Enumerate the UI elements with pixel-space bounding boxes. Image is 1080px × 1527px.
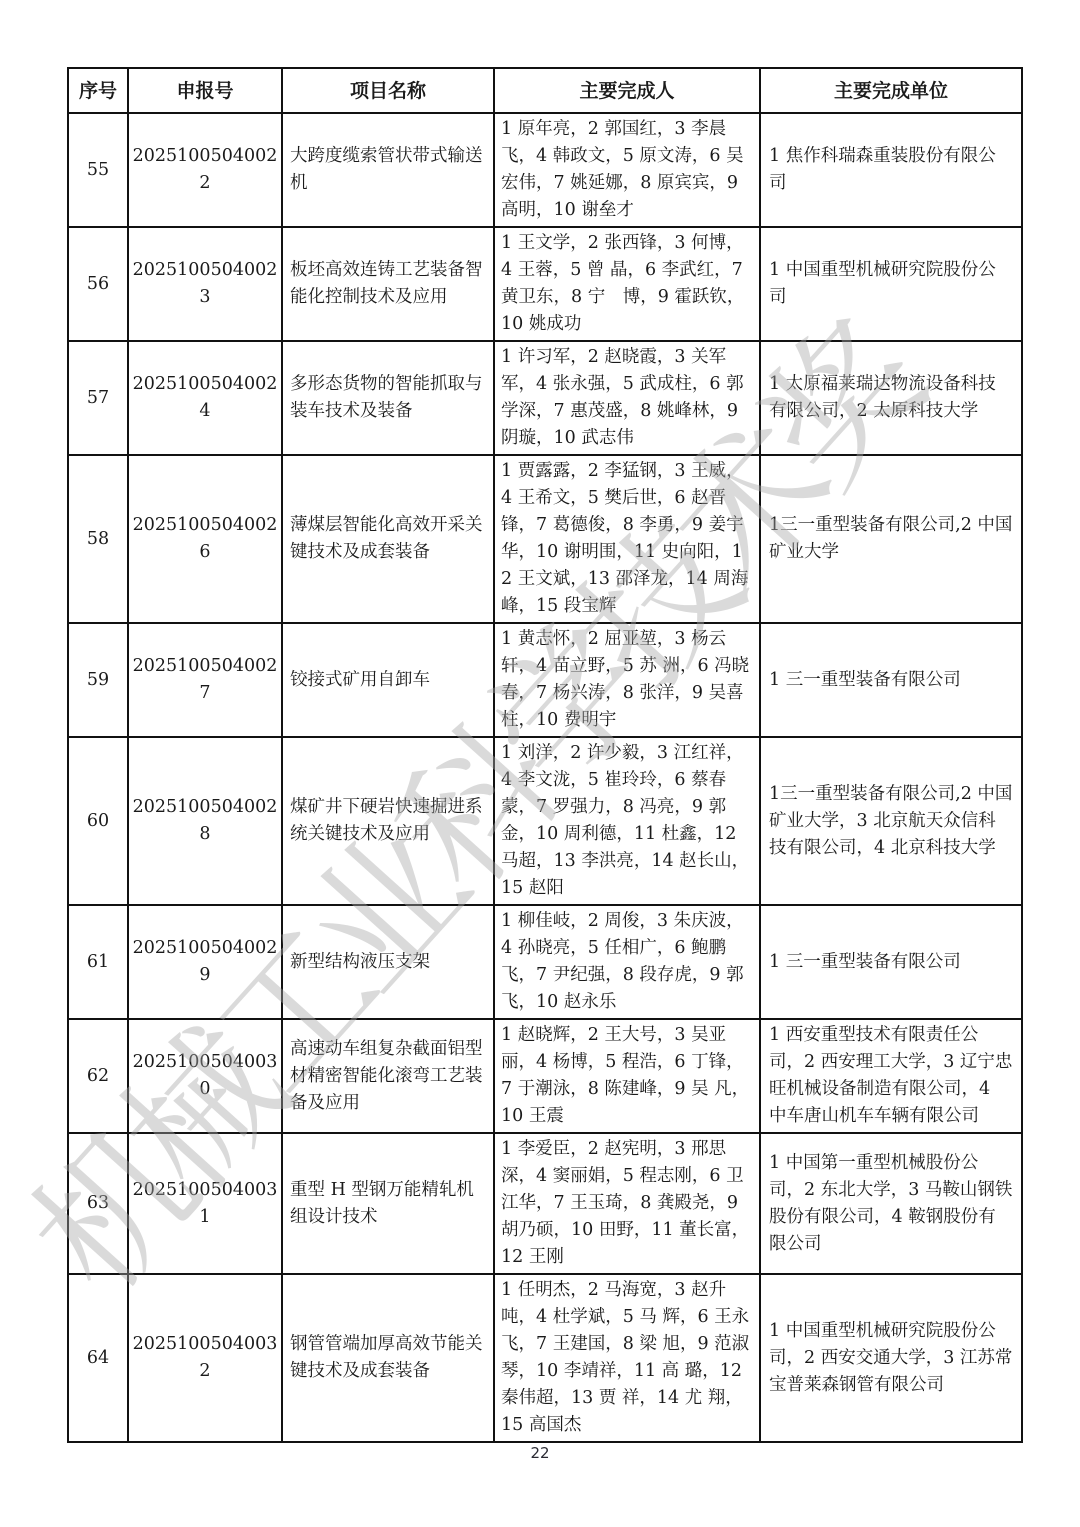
cell-application-no: 20251005040024	[128, 341, 282, 455]
cell-seq: 57	[68, 341, 128, 455]
column-header-seq: 序号	[68, 68, 128, 113]
cell-project-name: 铰接式矿用自卸车	[282, 623, 494, 737]
cell-application-no: 20251005040031	[128, 1133, 282, 1274]
cell-project-name: 高速动车组复杂截面铝型材精密智能化滚弯工艺装备及应用	[282, 1019, 494, 1133]
table-row: 57 20251005040024 多形态货物的智能抓取与装车技术及装备 1 许…	[68, 341, 1022, 455]
cell-application-no: 20251005040030	[128, 1019, 282, 1133]
cell-seq: 64	[68, 1274, 128, 1442]
cell-seq: 55	[68, 113, 128, 227]
cell-project-name: 大跨度缆索管状带式输送机	[282, 113, 494, 227]
column-header-main-units: 主要完成单位	[760, 68, 1022, 113]
cell-units: 1 中国第一重型机械股份公司，2 东北大学，3 马鞍山钢铁股份有限公司，4 鞍钢…	[760, 1133, 1022, 1274]
cell-units: 1 焦作科瑞森重装股份有限公司	[760, 113, 1022, 227]
cell-contributors: 1 黄志怀，2 屈亚堃，3 杨云轩，4 苗立野，5 苏 洲，6 冯晓春，7 杨兴…	[494, 623, 760, 737]
table-row: 62 20251005040030 高速动车组复杂截面铝型材精密智能化滚弯工艺装…	[68, 1019, 1022, 1133]
awards-table: 序号 申报号 项目名称 主要完成人 主要完成单位 55 202510050400…	[67, 67, 1023, 1443]
cell-units: 1 中国重型机械研究院股份公司，2 西安交通大学，3 江苏常宝普莱森钢管有限公司	[760, 1274, 1022, 1442]
cell-units: 1三一重型装备有限公司,2 中国矿业大学	[760, 455, 1022, 623]
cell-contributors: 1 李爱臣，2 赵宪明，3 邢思深，4 窦丽娟，5 程志刚，6 卫江华，7 王玉…	[494, 1133, 760, 1274]
cell-contributors: 1 贾露露，2 李猛钢，3 王威，4 王希文，5 樊后世，6 赵晋锋，7 葛德俊…	[494, 455, 760, 623]
cell-project-name: 多形态货物的智能抓取与装车技术及装备	[282, 341, 494, 455]
cell-application-no: 20251005040026	[128, 455, 282, 623]
cell-application-no: 20251005040027	[128, 623, 282, 737]
cell-contributors: 1 任明杰，2 马海宽，3 赵升吨，4 杜学斌，5 马 辉，6 王永飞，7 王建…	[494, 1274, 760, 1442]
table-row: 55 20251005040022 大跨度缆索管状带式输送机 1 原年亮，2 郭…	[68, 113, 1022, 227]
cell-seq: 59	[68, 623, 128, 737]
cell-units: 1 三一重型装备有限公司	[760, 623, 1022, 737]
table-row: 58 20251005040026 薄煤层智能化高效开采关键技术及成套装备 1 …	[68, 455, 1022, 623]
cell-project-name: 新型结构液压支架	[282, 905, 494, 1019]
cell-project-name: 重型 H 型钢万能精轧机组设计技术	[282, 1133, 494, 1274]
cell-seq: 62	[68, 1019, 128, 1133]
cell-units: 1 中国重型机械研究院股份公司	[760, 227, 1022, 341]
cell-contributors: 1 柳佳岐，2 周俊，3 朱庆波，4 孙晓亮，5 任相广，6 鲍鹏飞，7 尹纪强…	[494, 905, 760, 1019]
cell-project-name: 煤矿井下硬岩快速掘进系统关键技术及应用	[282, 737, 494, 905]
table-row: 56 20251005040023 板坯高效连铸工艺装备智能化控制技术及应用 1…	[68, 227, 1022, 341]
page-number: 22	[0, 1444, 1080, 1462]
cell-seq: 61	[68, 905, 128, 1019]
cell-seq: 58	[68, 455, 128, 623]
cell-seq: 56	[68, 227, 128, 341]
document-page: 机械工业科学技术奖 序号 申报号 项目名称 主要完成人 主要完成单位 55 20…	[0, 0, 1080, 1527]
cell-seq: 60	[68, 737, 128, 905]
cell-application-no: 20251005040023	[128, 227, 282, 341]
cell-contributors: 1 赵晓辉，2 王大号，3 吴亚丽，4 杨博，5 程浩，6 丁锋，7 于潮泳，8…	[494, 1019, 760, 1133]
cell-project-name: 钢管管端加厚高效节能关键技术及成套装备	[282, 1274, 494, 1442]
table-row: 63 20251005040031 重型 H 型钢万能精轧机组设计技术 1 李爱…	[68, 1133, 1022, 1274]
cell-contributors: 1 原年亮，2 郭国红，3 李晨飞，4 韩政文，5 原文涛，6 吴宏伟，7 姚延…	[494, 113, 760, 227]
table-row: 59 20251005040027 铰接式矿用自卸车 1 黄志怀，2 屈亚堃，3…	[68, 623, 1022, 737]
cell-units: 1三一重型装备有限公司,2 中国矿业大学，3 北京航天众信科技有限公司，4 北京…	[760, 737, 1022, 905]
table-row: 61 20251005040029 新型结构液压支架 1 柳佳岐，2 周俊，3 …	[68, 905, 1022, 1019]
table-row: 64 20251005040032 钢管管端加厚高效节能关键技术及成套装备 1 …	[68, 1274, 1022, 1442]
column-header-project-name: 项目名称	[282, 68, 494, 113]
cell-application-no: 20251005040029	[128, 905, 282, 1019]
cell-seq: 63	[68, 1133, 128, 1274]
cell-application-no: 20251005040032	[128, 1274, 282, 1442]
table-row: 60 20251005040028 煤矿井下硬岩快速掘进系统关键技术及应用 1 …	[68, 737, 1022, 905]
cell-contributors: 1 王文学，2 张西锋，3 何博，4 王蓉，5 曾 晶，6 李武红，7 黄卫东，…	[494, 227, 760, 341]
cell-units: 1 太原福莱瑞达物流设备科技有限公司，2 太原科技大学	[760, 341, 1022, 455]
cell-units: 1 三一重型装备有限公司	[760, 905, 1022, 1019]
cell-units: 1 西安重型技术有限责任公司，2 西安理工大学，3 辽宁忠旺机械设备制造有限公司…	[760, 1019, 1022, 1133]
cell-project-name: 薄煤层智能化高效开采关键技术及成套装备	[282, 455, 494, 623]
cell-contributors: 1 许习军，2 赵晓霞，3 关军军，4 张永强，5 武成柱，6 郭学深，7 惠茂…	[494, 341, 760, 455]
header-row: 序号 申报号 项目名称 主要完成人 主要完成单位	[68, 68, 1022, 113]
cell-application-no: 20251005040022	[128, 113, 282, 227]
column-header-main-contributors: 主要完成人	[494, 68, 760, 113]
cell-project-name: 板坯高效连铸工艺装备智能化控制技术及应用	[282, 227, 494, 341]
column-header-application-no: 申报号	[128, 68, 282, 113]
cell-contributors: 1 刘洋，2 许少毅，3 江红祥，4 李文泷，5 崔玲玲，6 蔡春蒙，7 罗强力…	[494, 737, 760, 905]
cell-application-no: 20251005040028	[128, 737, 282, 905]
